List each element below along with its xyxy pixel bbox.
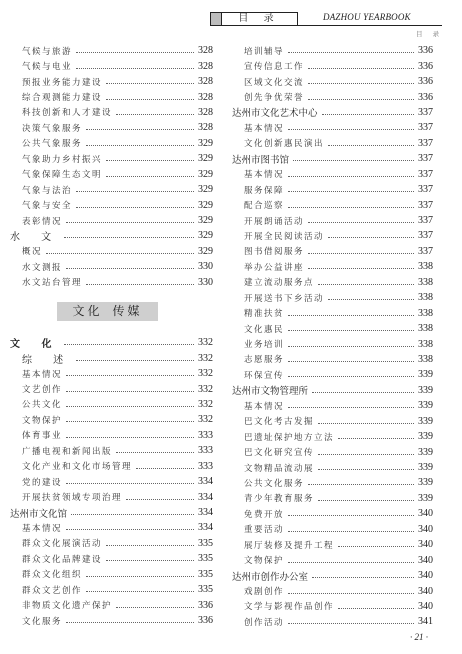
dot-leader bbox=[66, 391, 194, 392]
banner-part-1: 文化 bbox=[72, 304, 102, 318]
toc-entry-label: 免费开放 bbox=[244, 508, 286, 520]
dot-leader bbox=[288, 361, 414, 362]
toc-entry-label: 展厅装修及提升工程 bbox=[244, 539, 336, 551]
toc-entry-label: 广播电视和新闻出版 bbox=[22, 445, 114, 457]
toc-entry-label: 文物保护 bbox=[22, 414, 64, 426]
toc-entry-label: 服务保障 bbox=[244, 184, 286, 196]
toc-entry-label: 表彰情况 bbox=[22, 215, 64, 227]
toc-entry-label: 宣传信息工作 bbox=[244, 60, 306, 72]
dot-leader bbox=[86, 129, 194, 130]
toc-entry[interactable]: 党的建设334 bbox=[10, 474, 213, 489]
toc-entry-label: 水 文 bbox=[10, 228, 62, 243]
toc-entry-page: 334 bbox=[197, 476, 213, 487]
toc-entry[interactable]: 水 文329 bbox=[10, 228, 213, 243]
toc-entry-label: 气象保障生态文明 bbox=[22, 168, 104, 180]
toc-entry-label: 建立流动服务点 bbox=[244, 276, 316, 288]
toc-entry-label: 达州市图书馆 bbox=[232, 152, 291, 166]
toc-entry[interactable]: 水文测报330 bbox=[10, 259, 213, 274]
dot-leader bbox=[66, 622, 194, 623]
dot-leader bbox=[66, 421, 194, 422]
toc-entry-label: 水文站台管理 bbox=[22, 276, 84, 288]
toc-entry[interactable]: 精准扶贫338 bbox=[232, 305, 433, 320]
toc-entry[interactable]: 培训辅导336 bbox=[232, 43, 433, 58]
toc-entry-label: 创作活动 bbox=[244, 616, 286, 628]
toc-entry-page: 334 bbox=[197, 492, 213, 503]
dot-leader bbox=[76, 191, 194, 192]
dot-leader bbox=[318, 454, 414, 455]
toc-entry-page: 336 bbox=[197, 615, 213, 626]
toc-entry[interactable]: 志愿服务338 bbox=[232, 352, 433, 367]
toc-entry[interactable]: 巴文化研究宣传339 bbox=[232, 444, 433, 459]
dot-leader bbox=[308, 484, 414, 485]
toc-entry-label: 文 化 bbox=[10, 335, 62, 350]
toc-entry[interactable]: 基本情况337 bbox=[232, 167, 433, 182]
dot-leader bbox=[338, 608, 414, 609]
toc-entry[interactable]: 免费开放340 bbox=[232, 506, 433, 521]
toc-entry[interactable]: 群众文化组织335 bbox=[10, 567, 213, 582]
toc-entry-page: 333 bbox=[197, 430, 213, 441]
book-title: DAZHOU YEARBOOK bbox=[323, 12, 411, 22]
toc-entry-label: 文物保护 bbox=[244, 554, 286, 566]
toc-entry[interactable]: 科技创新和人才建设328 bbox=[10, 105, 213, 120]
section-banner: 文化传媒 bbox=[57, 302, 158, 321]
dot-leader bbox=[288, 129, 414, 130]
toc-entry[interactable]: 文化产业和文化市场管理333 bbox=[10, 459, 213, 474]
dot-leader bbox=[308, 99, 414, 100]
toc-entry[interactable]: 综 述332 bbox=[10, 350, 213, 365]
toc-entry-page: 338 bbox=[417, 292, 433, 303]
dot-leader bbox=[64, 344, 194, 345]
toc-entry-page: 340 bbox=[417, 586, 433, 597]
dot-leader bbox=[288, 593, 414, 594]
toc-entry-label: 达州市文物管理所 bbox=[232, 383, 310, 397]
toc-entry[interactable]: 预报业务能力建设328 bbox=[10, 74, 213, 89]
toc-entry-label: 志愿服务 bbox=[244, 353, 286, 365]
toc-entry-label: 决策气象服务 bbox=[22, 122, 84, 134]
toc-entry-page: 337 bbox=[417, 107, 433, 118]
toc-entry-page: 329 bbox=[197, 215, 213, 226]
toc-entry-page: 339 bbox=[417, 431, 433, 442]
toc-entry-page: 335 bbox=[197, 569, 213, 580]
toc-entry-page: 338 bbox=[417, 354, 433, 365]
toc-entry-label: 公共文化服务 bbox=[244, 477, 306, 489]
dot-leader bbox=[318, 284, 414, 285]
dot-leader bbox=[66, 437, 194, 438]
toc-entry-label: 气象与安全 bbox=[22, 199, 74, 211]
toc-entry[interactable]: 文物保护332 bbox=[10, 412, 213, 427]
toc-entry-page: 329 bbox=[197, 169, 213, 180]
toc-entry-label: 图书借阅服务 bbox=[244, 245, 306, 257]
toc-entry-page: 339 bbox=[417, 400, 433, 411]
dot-leader bbox=[86, 576, 194, 577]
toc-entry[interactable]: 气象与法治329 bbox=[10, 182, 213, 197]
dot-leader bbox=[308, 222, 414, 223]
toc-entry-page: 338 bbox=[417, 308, 433, 319]
toc-entry-page: 337 bbox=[417, 184, 433, 195]
dot-leader bbox=[288, 623, 414, 624]
toc-entry-label: 业务培训 bbox=[244, 338, 286, 350]
toc-entry-page: 332 bbox=[197, 368, 213, 379]
toc-entry[interactable]: 体育事业333 bbox=[10, 428, 213, 443]
toc-entry[interactable]: 文化创新惠民演出337 bbox=[232, 136, 433, 151]
toc-entry-label: 气象助力乡村振兴 bbox=[22, 153, 104, 165]
dot-leader bbox=[312, 392, 414, 393]
toc-entry[interactable]: 配合巡察337 bbox=[232, 197, 433, 212]
dot-leader bbox=[288, 315, 414, 316]
toc-entry-page: 336 bbox=[417, 92, 433, 103]
dot-leader bbox=[86, 591, 194, 592]
dot-leader bbox=[66, 529, 194, 530]
dot-leader bbox=[126, 499, 194, 500]
toc-entry[interactable]: 文学与影视作品创作340 bbox=[232, 599, 433, 614]
toc-left-column-bottom: 文 化332综 述332基本情况332文艺创作332公共文化332文物保护332… bbox=[10, 335, 213, 628]
toc-entry-page: 339 bbox=[417, 477, 433, 488]
toc-entry[interactable]: 基本情况337 bbox=[232, 120, 433, 135]
toc-entry-page: 341 bbox=[417, 616, 433, 627]
dot-leader bbox=[116, 452, 194, 453]
toc-entry-page: 338 bbox=[417, 277, 433, 288]
toc-entry-label: 精准扶贫 bbox=[244, 307, 286, 319]
toc-entry-page: 329 bbox=[197, 200, 213, 211]
toc-entry-label: 巴遗址保护地方立法 bbox=[244, 431, 336, 443]
toc-entry-label: 重要活动 bbox=[244, 523, 286, 535]
toc-entry-page: 332 bbox=[197, 414, 213, 425]
toc-entry[interactable]: 达州市创作办公室340 bbox=[232, 568, 433, 583]
toc-entry-page: 332 bbox=[197, 399, 213, 410]
toc-entry-label: 群众文化品牌建设 bbox=[22, 553, 104, 565]
toc-entry-page: 333 bbox=[197, 445, 213, 456]
toc-entry-label: 开展朗诵活动 bbox=[244, 215, 306, 227]
toc-entry-label: 体育事业 bbox=[22, 429, 64, 441]
toc-entry-page: 329 bbox=[197, 153, 213, 164]
dot-leader bbox=[66, 483, 194, 484]
dot-leader bbox=[338, 546, 414, 547]
dot-leader bbox=[76, 207, 194, 208]
toc-entry-label: 公共气象服务 bbox=[22, 137, 84, 149]
toc-entry-label: 创先争优荣誉 bbox=[244, 91, 306, 103]
toc-entry-page: 337 bbox=[417, 169, 433, 180]
toc-entry-label: 环保宣传 bbox=[244, 369, 286, 381]
toc-entry-label: 培训辅导 bbox=[244, 45, 286, 57]
toc-entry-page: 336 bbox=[197, 600, 213, 611]
toc-entry[interactable]: 展厅装修及提升工程340 bbox=[232, 537, 433, 552]
toc-entry[interactable]: 基本情况339 bbox=[232, 398, 433, 413]
toc-entry[interactable]: 宣传信息工作336 bbox=[232, 58, 433, 73]
toc-entry[interactable]: 基本情况334 bbox=[10, 520, 213, 535]
dot-leader bbox=[116, 607, 194, 608]
toc-entry-page: 339 bbox=[417, 462, 433, 473]
toc-entry[interactable]: 文 化332 bbox=[10, 335, 213, 350]
toc-entry[interactable]: 决策气象服务328 bbox=[10, 120, 213, 135]
toc-entry-label: 文化产业和文化市场管理 bbox=[22, 460, 134, 472]
toc-entry-page: 337 bbox=[417, 122, 433, 133]
toc-entry-label: 开展送书下乡活动 bbox=[244, 292, 326, 304]
toc-entry-page: 336 bbox=[417, 61, 433, 72]
toc-entry[interactable]: 气候与旅游328 bbox=[10, 43, 213, 58]
toc-entry-label: 气候与电业 bbox=[22, 60, 74, 72]
toc-entry-label: 巴文化研究宣传 bbox=[244, 446, 316, 458]
toc-entry-page: 329 bbox=[197, 184, 213, 195]
toc-entry-label: 文艺创作 bbox=[22, 383, 64, 395]
toc-entry[interactable]: 表彰情况329 bbox=[10, 213, 213, 228]
dot-leader bbox=[288, 531, 414, 532]
toc-entry-label: 巴文化考古发掘 bbox=[244, 415, 316, 427]
toc-entry-label: 党的建设 bbox=[22, 476, 64, 488]
toc-entry-page: 328 bbox=[197, 107, 213, 118]
dot-leader bbox=[71, 514, 194, 515]
dot-leader bbox=[86, 284, 194, 285]
dot-leader bbox=[288, 346, 414, 347]
toc-entry[interactable]: 文物保护340 bbox=[232, 552, 433, 567]
toc-entry[interactable]: 概况329 bbox=[10, 244, 213, 259]
toc-entry[interactable]: 公共文化服务339 bbox=[232, 475, 433, 490]
header-sub-label: 目 录 bbox=[416, 29, 443, 38]
dot-leader bbox=[106, 83, 194, 84]
toc-entry[interactable]: 气候与电业328 bbox=[10, 58, 213, 73]
toc-entry-label: 基本情况 bbox=[244, 168, 286, 180]
dot-leader bbox=[322, 114, 414, 115]
dot-leader bbox=[86, 145, 194, 146]
section-title: 目 录 bbox=[221, 13, 297, 25]
toc-entry[interactable]: 创作活动341 bbox=[232, 614, 433, 629]
toc-entry-page: 337 bbox=[417, 138, 433, 149]
toc-entry-page: 328 bbox=[197, 92, 213, 103]
toc-entry-label: 文化惠民 bbox=[244, 323, 286, 335]
toc-entry-page: 338 bbox=[417, 339, 433, 350]
toc-entry-label: 基本情况 bbox=[244, 400, 286, 412]
dot-leader bbox=[328, 237, 414, 238]
dot-leader bbox=[76, 68, 194, 69]
toc-entry-page: 328 bbox=[197, 45, 213, 56]
toc-entry[interactable]: 达州市文化艺术中心337 bbox=[232, 105, 433, 120]
toc-entry-page: 338 bbox=[417, 323, 433, 334]
toc-entry-label: 开展扶贫领域专项治理 bbox=[22, 491, 124, 503]
dot-leader bbox=[288, 376, 414, 377]
toc-entry-label: 综 述 bbox=[22, 351, 74, 366]
toc-entry[interactable]: 综合观测能力建设328 bbox=[10, 89, 213, 104]
toc-entry-page: 335 bbox=[197, 553, 213, 564]
toc-entry[interactable]: 开展送书下乡活动338 bbox=[232, 290, 433, 305]
toc-entry-label: 公共文化 bbox=[22, 398, 64, 410]
toc-entry-page: 332 bbox=[197, 353, 213, 364]
dot-leader bbox=[116, 114, 194, 115]
toc-entry[interactable]: 区域文化交流336 bbox=[232, 74, 433, 89]
toc-entry-page: 329 bbox=[197, 138, 213, 149]
toc-entry[interactable]: 文艺创作332 bbox=[10, 381, 213, 396]
toc-entry[interactable]: 建立流动服务点338 bbox=[232, 275, 433, 290]
dot-leader bbox=[308, 268, 414, 269]
dot-leader bbox=[46, 253, 194, 254]
dot-leader bbox=[66, 222, 194, 223]
dot-leader bbox=[76, 360, 194, 361]
toc-entry-page: 328 bbox=[197, 76, 213, 87]
dot-leader bbox=[318, 500, 414, 501]
toc-entry[interactable]: 开展全民阅读活动337 bbox=[232, 228, 433, 243]
toc-entry[interactable]: 环保宣传339 bbox=[232, 367, 433, 382]
toc-entry-label: 科技创新和人才建设 bbox=[22, 106, 114, 118]
toc-entry-label: 文物精品流动展 bbox=[244, 462, 316, 474]
toc-entry[interactable]: 图书借阅服务337 bbox=[232, 244, 433, 259]
toc-entry[interactable]: 业务培训338 bbox=[232, 336, 433, 351]
toc-entry-page: 335 bbox=[197, 584, 213, 595]
toc-entry[interactable]: 重要活动340 bbox=[232, 522, 433, 537]
toc-entry-label: 青少年教育服务 bbox=[244, 492, 316, 504]
page-number: · 21 · bbox=[410, 632, 428, 642]
toc-entry[interactable]: 群众文艺创作335 bbox=[10, 582, 213, 597]
toc-entry-label: 预报业务能力建设 bbox=[22, 76, 104, 88]
toc-entry[interactable]: 巴遗址保护地方立法339 bbox=[232, 429, 433, 444]
toc-entry-page: 340 bbox=[417, 601, 433, 612]
toc-entry-page: 340 bbox=[417, 524, 433, 535]
dot-leader bbox=[136, 468, 194, 469]
toc-entry-label: 基本情况 bbox=[22, 368, 64, 380]
toc-entry[interactable]: 基本情况332 bbox=[10, 366, 213, 381]
toc-entry-page: 333 bbox=[197, 461, 213, 472]
toc-entry[interactable]: 达州市图书馆337 bbox=[232, 151, 433, 166]
toc-entry-page: 337 bbox=[417, 153, 433, 164]
toc-left-column-top: 气候与旅游328气候与电业328预报业务能力建设328综合观测能力建设328科技… bbox=[10, 43, 213, 290]
toc-entry[interactable]: 气象与安全329 bbox=[10, 197, 213, 212]
header-rule bbox=[210, 25, 442, 26]
toc-entry[interactable]: 水文站台管理330 bbox=[10, 275, 213, 290]
toc-entry-label: 水文测报 bbox=[22, 261, 64, 273]
toc-entry-page: 328 bbox=[197, 61, 213, 72]
toc-entry-page: 334 bbox=[197, 522, 213, 533]
toc-entry-page: 336 bbox=[417, 76, 433, 87]
toc-entry[interactable]: 群众文化品牌建设335 bbox=[10, 551, 213, 566]
toc-entry[interactable]: 服务保障337 bbox=[232, 182, 433, 197]
toc-entry[interactable]: 开展朗诵活动337 bbox=[232, 213, 433, 228]
toc-entry[interactable]: 公共文化332 bbox=[10, 397, 213, 412]
dot-leader bbox=[288, 407, 414, 408]
toc-entry-page: 337 bbox=[417, 200, 433, 211]
toc-entry-page: 340 bbox=[417, 570, 433, 581]
toc-entry-page: 340 bbox=[417, 508, 433, 519]
toc-entry-page: 335 bbox=[197, 538, 213, 549]
toc-entry-label: 文化服务 bbox=[22, 615, 64, 627]
banner-part-2: 传媒 bbox=[113, 304, 143, 318]
toc-entry-page: 334 bbox=[197, 507, 213, 518]
dot-leader bbox=[64, 237, 194, 238]
toc-entry[interactable]: 气象助力乡村振兴329 bbox=[10, 151, 213, 166]
dot-leader bbox=[288, 52, 414, 53]
dot-leader bbox=[288, 515, 414, 516]
toc-entry-label: 开展全民阅读活动 bbox=[244, 230, 326, 242]
dot-leader bbox=[312, 577, 414, 578]
toc-entry-label: 综合观测能力建设 bbox=[22, 91, 104, 103]
toc-entry[interactable]: 公共气象服务329 bbox=[10, 136, 213, 151]
dot-leader bbox=[318, 469, 414, 470]
dot-leader bbox=[338, 438, 414, 439]
section-header-box: 目 录 bbox=[210, 12, 298, 26]
toc-entry[interactable]: 文化惠民338 bbox=[232, 321, 433, 336]
toc-entry-label: 气候与旅游 bbox=[22, 45, 74, 57]
toc-entry-label: 达州市文化艺术中心 bbox=[232, 105, 320, 119]
toc-entry[interactable]: 戏剧创作340 bbox=[232, 583, 433, 598]
dot-leader bbox=[106, 176, 194, 177]
dot-leader bbox=[106, 99, 194, 100]
toc-entry-page: 330 bbox=[197, 277, 213, 288]
toc-entry[interactable]: 文物精品流动展339 bbox=[232, 460, 433, 475]
toc-entry-label: 基本情况 bbox=[244, 122, 286, 134]
toc-entry-page: 328 bbox=[197, 122, 213, 133]
dot-leader bbox=[288, 191, 414, 192]
toc-entry-page: 336 bbox=[417, 45, 433, 56]
dot-leader bbox=[318, 423, 414, 424]
toc-entry-label: 文化创新惠民演出 bbox=[244, 137, 326, 149]
toc-entry-page: 337 bbox=[417, 215, 433, 226]
toc-entry[interactable]: 气象保障生态文明329 bbox=[10, 167, 213, 182]
toc-entry-page: 339 bbox=[417, 369, 433, 380]
toc-entry-label: 达州市创作办公室 bbox=[232, 569, 310, 583]
toc-entry[interactable]: 创先争优荣誉336 bbox=[232, 89, 433, 104]
toc-entry[interactable]: 开展扶贫领域专项治理334 bbox=[10, 489, 213, 504]
toc-entry-page: 339 bbox=[417, 416, 433, 427]
toc-entry[interactable]: 非物质文化遗产保护336 bbox=[10, 597, 213, 612]
toc-entry[interactable]: 达州市文化馆334 bbox=[10, 505, 213, 520]
toc-entry-page: 337 bbox=[417, 246, 433, 257]
toc-entry-label: 群众文艺创作 bbox=[22, 584, 84, 596]
toc-entry-label: 非物质文化遗产保护 bbox=[22, 599, 114, 611]
toc-entry-page: 339 bbox=[417, 447, 433, 458]
toc-entry-page: 339 bbox=[417, 493, 433, 504]
toc-entry-label: 概况 bbox=[22, 245, 44, 257]
dot-leader bbox=[288, 176, 414, 177]
dot-leader bbox=[288, 330, 414, 331]
dot-leader bbox=[308, 68, 414, 69]
toc-entry-label: 配合巡察 bbox=[244, 199, 286, 211]
toc-entry-label: 气象与法治 bbox=[22, 184, 74, 196]
dot-leader bbox=[76, 52, 194, 53]
toc-right-column: 培训辅导336宣传信息工作336区域文化交流336创先争优荣誉336达州市文化艺… bbox=[232, 43, 433, 630]
toc-entry-page: 332 bbox=[197, 337, 213, 348]
toc-entry[interactable]: 巴文化考古发掘339 bbox=[232, 414, 433, 429]
dot-leader bbox=[66, 375, 194, 376]
toc-entry-label: 文学与影视作品创作 bbox=[244, 600, 336, 612]
dot-leader bbox=[106, 560, 194, 561]
toc-entry-label: 区域文化交流 bbox=[244, 76, 306, 88]
toc-entry[interactable]: 达州市文物管理所339 bbox=[232, 383, 433, 398]
toc-entry[interactable]: 广播电视和新闻出版333 bbox=[10, 443, 213, 458]
toc-entry-label: 基本情况 bbox=[22, 522, 64, 534]
toc-entry-page: 339 bbox=[417, 385, 433, 396]
toc-entry-page: 330 bbox=[197, 261, 213, 272]
toc-entry-page: 332 bbox=[197, 384, 213, 395]
dot-leader bbox=[308, 253, 414, 254]
toc-entry-page: 340 bbox=[417, 555, 433, 566]
toc-entry[interactable]: 青少年教育服务339 bbox=[232, 491, 433, 506]
dot-leader bbox=[106, 160, 194, 161]
dot-leader bbox=[288, 562, 414, 563]
toc-entry-page: 338 bbox=[417, 261, 433, 272]
dot-leader bbox=[66, 268, 194, 269]
toc-entry[interactable]: 文化服务336 bbox=[10, 613, 213, 628]
toc-entry-label: 戏剧创作 bbox=[244, 585, 286, 597]
toc-entry-page: 337 bbox=[417, 230, 433, 241]
toc-entry-label: 达州市文化馆 bbox=[10, 506, 69, 520]
dot-leader bbox=[328, 145, 414, 146]
dot-leader bbox=[293, 160, 414, 161]
toc-entry-label: 举办公益讲座 bbox=[244, 261, 306, 273]
toc-entry[interactable]: 举办公益讲座338 bbox=[232, 259, 433, 274]
toc-entry-page: 329 bbox=[197, 230, 213, 241]
toc-entry[interactable]: 群众文化展演活动335 bbox=[10, 536, 213, 551]
dot-leader bbox=[288, 207, 414, 208]
dot-leader bbox=[106, 545, 194, 546]
toc-entry-label: 群众文化组织 bbox=[22, 568, 84, 580]
toc-entry-page: 340 bbox=[417, 539, 433, 550]
dot-leader bbox=[66, 406, 194, 407]
